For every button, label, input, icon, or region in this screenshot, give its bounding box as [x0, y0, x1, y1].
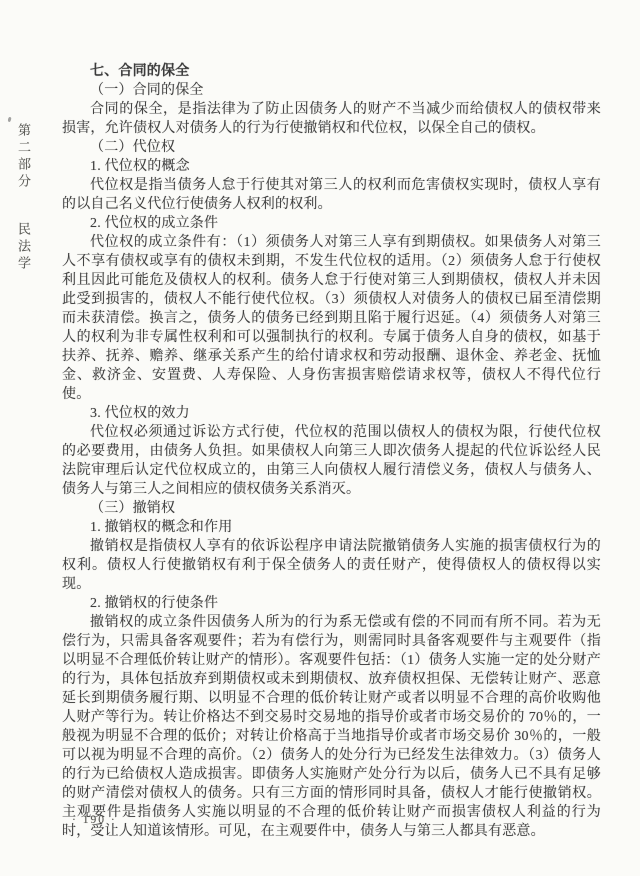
page-number: · 190 · [72, 814, 117, 826]
para-revocation-concept: 撤销权是指债权人享有的依诉讼程序申请法院撤销债务人实施的损害债权行为的权利。债权… [62, 537, 601, 594]
heading-contract-preservation: 七、合同的保全 [62, 62, 601, 81]
page-content: 七、合同的保全 （一）合同的保全 合同的保全，是指法律为了防止因债务人的财产不当… [62, 62, 601, 841]
item-3-subrogation-effect: 3. 代位权的效力 [62, 404, 601, 423]
item-1-subrogation-concept: 1. 代位权的概念 [62, 157, 601, 176]
subheading-1-contract-preservation: （一）合同的保全 [62, 81, 601, 100]
subheading-2-subrogation: （二）代位权 [62, 138, 601, 157]
item-2-subrogation-conditions: 2. 代位权的成立条件 [62, 214, 601, 233]
spine-subject-label: 民法学 [14, 222, 33, 273]
book-page: 第二部分 民法学 七、合同的保全 （一）合同的保全 合同的保全，是指法律为了防止… [0, 0, 640, 876]
para-subrogation-effect: 代位权必须通过诉讼方式行使，代位权的范围以债权人的债权为限，行使代位权的必要费用… [62, 423, 601, 499]
scan-speck-mark [7, 117, 11, 123]
para-subrogation-concept: 代位权是指当债务人怠于行使其对第三人的权利而危害债权实现时，债权人享有的以自己名… [62, 176, 601, 214]
para-subrogation-conditions: 代位权的成立条件有：（1）须债务人对第三人享有到期债权。如果债务人对第三人不享有… [62, 233, 601, 404]
subheading-3-revocation: （三）撤销权 [62, 499, 601, 518]
para-contract-preservation: 合同的保全，是指法律为了防止因债务人的财产不当减少而给债权人的债权带来损害，允许… [62, 100, 601, 138]
para-revocation-conditions: 撤销权的成立条件因债务人所为的行为系无偿或有偿的不同而有所不同。若为无偿行为，只… [62, 613, 601, 841]
item-2-revocation-conditions: 2. 撤销权的行使条件 [62, 594, 601, 613]
page-footer: · 190 · [72, 814, 117, 826]
spine-part-label: 第二部分 [14, 123, 33, 191]
item-1-revocation-concept: 1. 撤销权的概念和作用 [62, 518, 601, 537]
spine-label: 第二部分 民法学 [14, 123, 33, 273]
